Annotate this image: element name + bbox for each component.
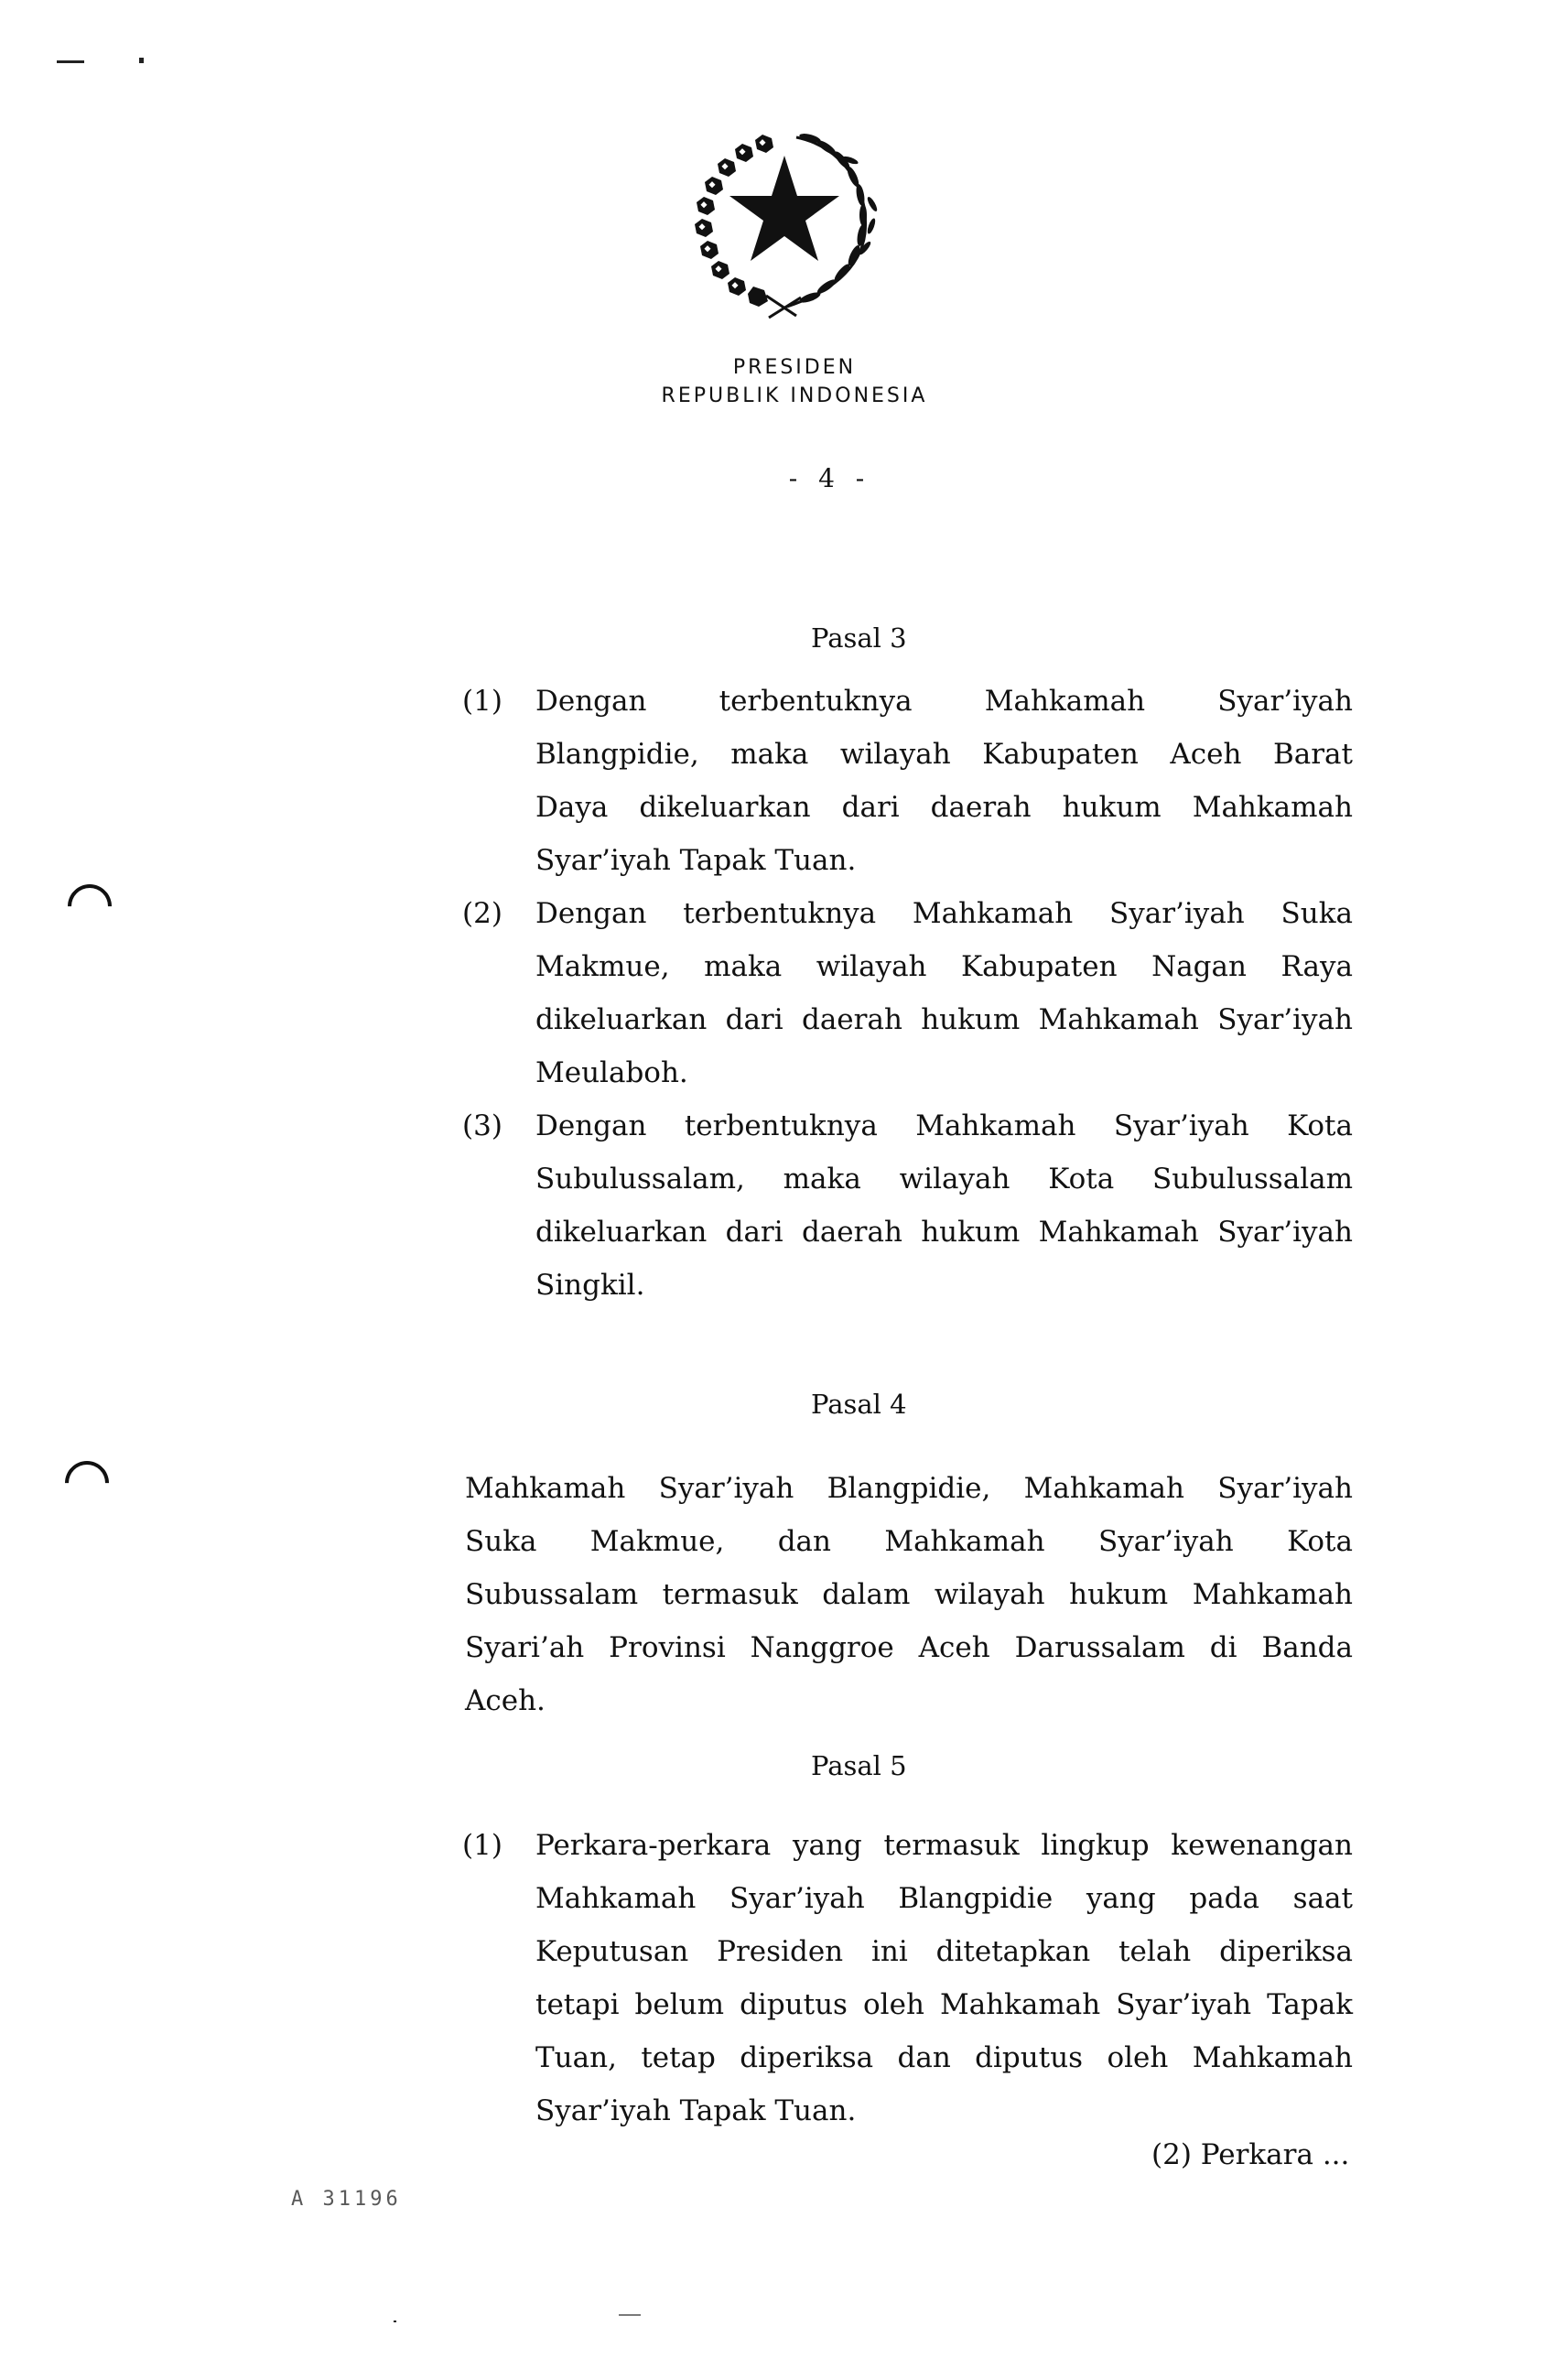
scan-artifact [57,60,84,63]
item-number: (1) [462,1827,502,1864]
page-number: - 4 - [0,463,1556,493]
text-line: Perkara-perkara yang termasuk lingkup ke… [535,1827,1353,1864]
text-line: Dengan terbentuknya Mahkamah Syar’iyah [535,683,1353,719]
item-number: (3) [462,1108,502,1144]
header-title-presiden: PRESIDEN [0,357,1556,379]
scan-artifact [394,2320,396,2322]
text-line: Mahkamah Syar’iyah Blangpidie, Mahkamah … [465,1470,1353,1507]
text-line: Blangpidie, maka wilayah Kabupaten Aceh … [535,736,1353,773]
serial-number-stamp: A 31196 [291,2188,402,2211]
star-wreath-icon [682,124,888,320]
punch-hole-mark [56,1452,118,1514]
text-line: Daya dikeluarkan dari daerah hukum Mahka… [535,789,1353,826]
text-line: Mahkamah Syar’iyah Blangpidie yang pada … [535,1880,1353,1917]
text-line: Makmue, maka wilayah Kabupaten Nagan Ray… [535,948,1353,985]
header-title-republik: REPUBLIK INDONESIA [0,385,1556,407]
text-line: Dengan terbentuknya Mahkamah Syar’iyah K… [535,1108,1353,1144]
section-heading-pasal-5: Pasal 5 [811,1750,907,1781]
text-line: Syar’iyah Tapak Tuan. [535,842,856,879]
text-line: Dengan terbentuknya Mahkamah Syar’iyah S… [535,895,1353,932]
text-line: Aceh. [465,1682,546,1719]
punch-hole-mark [59,875,121,937]
text-line: dikeluarkan dari daerah hukum Mahkamah S… [535,1214,1353,1250]
text-line: Suka Makmue, dan Mahkamah Syar’iyah Kota [465,1523,1353,1560]
continuation-catchword: (2) Perkara ... [1151,2137,1349,2173]
scan-artifact [619,2314,641,2316]
text-line: Meulaboh. [535,1055,688,1091]
text-line: Tuan, tetap diperiksa dan diputus oleh M… [535,2039,1353,2076]
text-line: Singkil. [535,1267,644,1304]
section-heading-pasal-3: Pasal 3 [811,622,907,654]
text-line: Syari’ah Provinsi Nanggroe Aceh Darussal… [465,1629,1353,1666]
text-line: Subussalam termasuk dalam wilayah hukum … [465,1576,1353,1613]
text-line: Syar’iyah Tapak Tuan. [535,2093,856,2129]
section-heading-pasal-4: Pasal 4 [811,1389,907,1420]
text-line: dikeluarkan dari daerah hukum Mahkamah S… [535,1001,1353,1038]
text-line: tetapi belum diputus oleh Mahkamah Syar’… [535,1986,1353,2023]
item-number: (1) [462,683,502,719]
text-line: Keputusan Presiden ini ditetapkan telah … [535,1933,1353,1970]
text-line: Subulussalam, maka wilayah Kota Subuluss… [535,1161,1353,1197]
scan-artifact [139,58,144,63]
presidential-seal-emblem [682,124,888,320]
item-number: (2) [462,895,502,932]
